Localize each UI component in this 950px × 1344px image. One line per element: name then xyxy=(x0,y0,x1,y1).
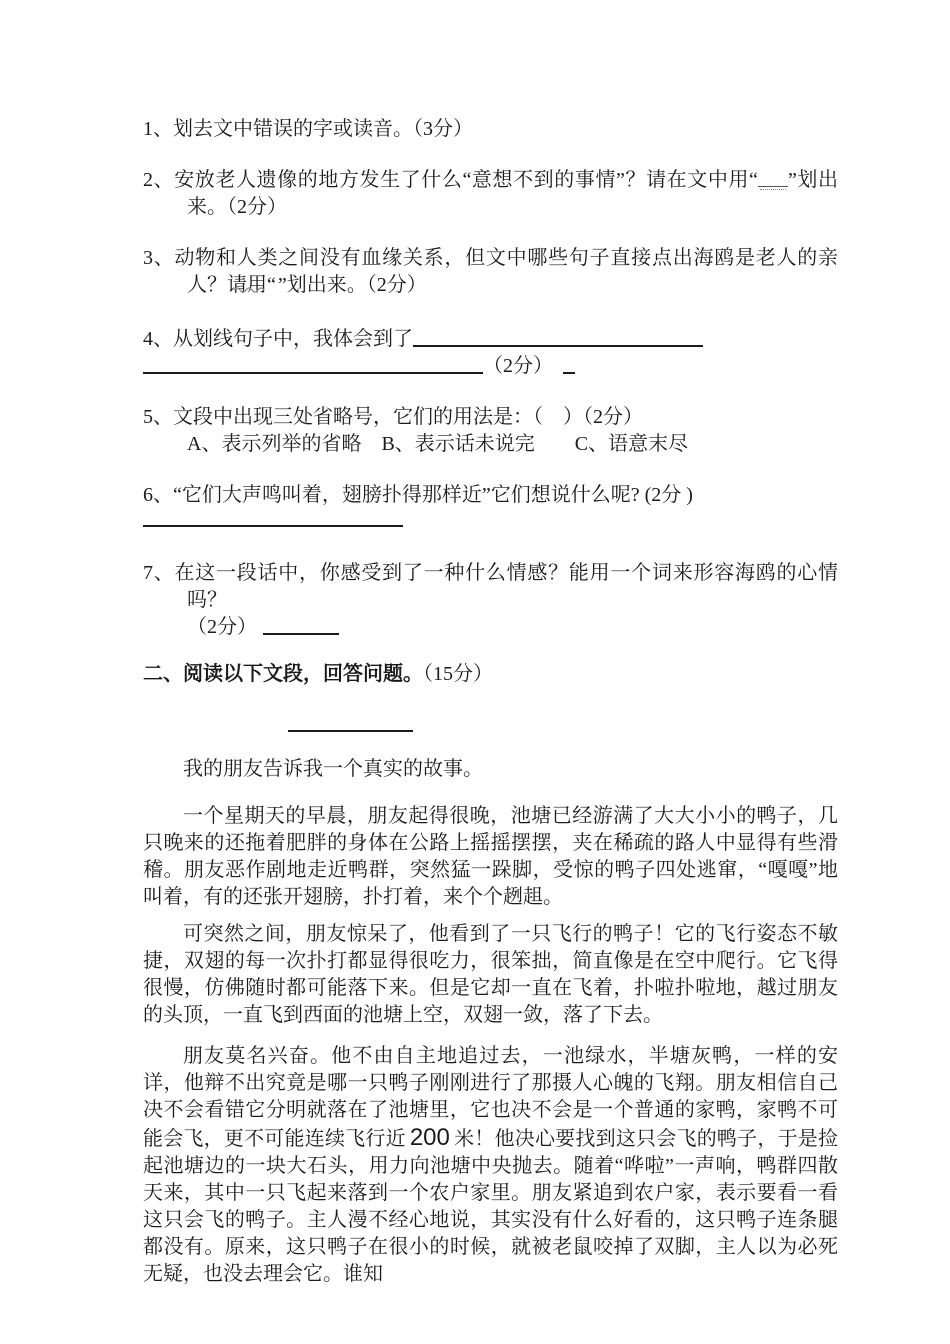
question-1-text: 划去文中错误的字或读音。（3分） xyxy=(173,118,473,140)
answer-blank-underline-sample xyxy=(758,174,788,187)
answer-blank-short xyxy=(263,617,339,635)
question-3-text-pre: 动物和人类之间没有血缘关系，但文中哪些句子直接点出海鸥是老人的亲人？请用“ xyxy=(175,247,838,296)
passage-paragraph-2: 一个星期天的早晨，朋友起得很晚，池塘已经游满了大大小小的鸭子，几只晚来的还拖着肥… xyxy=(143,803,838,911)
question-4-number: 4、 xyxy=(143,328,173,350)
question-4-lead: 从划线句子中，我体会到了 xyxy=(173,328,413,350)
question-4-line1: 4、从划线句子中，我体会到了 xyxy=(143,326,838,353)
paragraph-4-number: 200 xyxy=(410,1124,450,1151)
document-page: 1、划去文中错误的字或读音。（3分） 2、安放老人遗像的地方发生了什么“意想不到… xyxy=(0,0,950,1344)
passage-paragraph-1: 我的朋友告诉我一个真实的故事。 xyxy=(143,756,838,783)
question-2: 2、安放老人遗像的地方发生了什么“意想不到的事情”？请在文中用“”划出来。（2分… xyxy=(143,167,838,221)
question-3-number: 3、 xyxy=(143,247,175,269)
question-4-score: （2分） xyxy=(483,355,553,377)
small-underscore-mark xyxy=(563,356,575,374)
question-4: 4、从划线句子中，我体会到了 （2分） xyxy=(143,326,838,380)
question-6: 6、“它们大声鸣叫着，翅膀扑得那样近”它们想说什么呢? (2分 ) xyxy=(143,482,838,536)
question-5-line1: 5、文段中出现三处省略号，它们的用法是：（ ）（2分） xyxy=(143,404,838,431)
answer-blank-line1 xyxy=(413,329,703,347)
passage-paragraph-4: 朋友莫名兴奋。他不由自主地追过去，一池绿水，半塘灰鸭，一样的安详，他辩不出究竟是… xyxy=(143,1043,838,1288)
question-4-line2: （2分） xyxy=(143,353,838,380)
question-3-text-post: ”划出来。（2分） xyxy=(278,274,427,296)
question-7-line1: 7、在这一段话中，你感受到了一种什么情感？能用一个词来形容海鸥的心情吗？ xyxy=(143,560,838,614)
section-2-score: （15分） xyxy=(423,663,493,685)
question-2-number: 2、 xyxy=(143,169,174,191)
question-7-number: 7、 xyxy=(143,562,175,584)
question-5-options: A、表示列举的省略 B、表示话未说完 C、语意末尽 xyxy=(187,431,838,458)
question-5-text: 文段中出现三处省略号，它们的用法是：（ ）（2分） xyxy=(173,406,643,428)
answer-blank xyxy=(143,509,403,527)
question-3: 3、动物和人类之间没有血缘关系，但文中哪些句子直接点出海鸥是老人的亲人？请用“”… xyxy=(143,245,838,302)
question-1: 1、划去文中错误的字或读音。（3分） xyxy=(143,116,838,143)
question-7-line2: （2分） xyxy=(187,614,838,641)
answer-blank-line2 xyxy=(143,356,483,374)
question-7-text: 在这一段话中，你感受到了一种什么情感？能用一个词来形容海鸥的心情吗？ xyxy=(175,562,838,611)
question-7: 7、在这一段话中，你感受到了一种什么情感？能用一个词来形容海鸥的心情吗？ （2分… xyxy=(143,560,838,641)
question-5-number: 5、 xyxy=(143,406,173,428)
question-7-score: （2分） xyxy=(187,616,257,638)
question-6-answer-line xyxy=(143,509,838,536)
question-1-number: 1、 xyxy=(143,118,173,140)
question-5: 5、文段中出现三处省略号，它们的用法是：（ ）（2分） A、表示列举的省略 B、… xyxy=(143,404,838,458)
question-6-number: 6、 xyxy=(143,484,173,506)
question-2-text-pre: 安放老人遗像的地方发生了什么“意想不到的事情”？请在文中用“ xyxy=(174,169,758,191)
passage-title-blank-line xyxy=(288,716,413,732)
passage-paragraph-3: 可突然之间，朋友惊呆了，他看到了一只飞行的鸭子！它的飞行姿态不敏捷，双翅的每一次… xyxy=(143,921,838,1029)
section-2-title: 二、阅读以下文段，回答问题。 xyxy=(143,663,423,685)
paragraph-4-text-after: 米！他决心要找到这只会飞的鸭子，于是捡起池塘边的一块大石头，用力向池塘中央抛去。… xyxy=(143,1128,838,1285)
question-6-text: “它们大声鸣叫着，翅膀扑得那样近”它们想说什么呢? (2分 ) xyxy=(173,484,693,506)
question-6-line1: 6、“它们大声鸣叫着，翅膀扑得那样近”它们想说什么呢? (2分 ) xyxy=(143,482,838,509)
section-2-heading: 二、阅读以下文段，回答问题。（15分） xyxy=(143,661,838,688)
